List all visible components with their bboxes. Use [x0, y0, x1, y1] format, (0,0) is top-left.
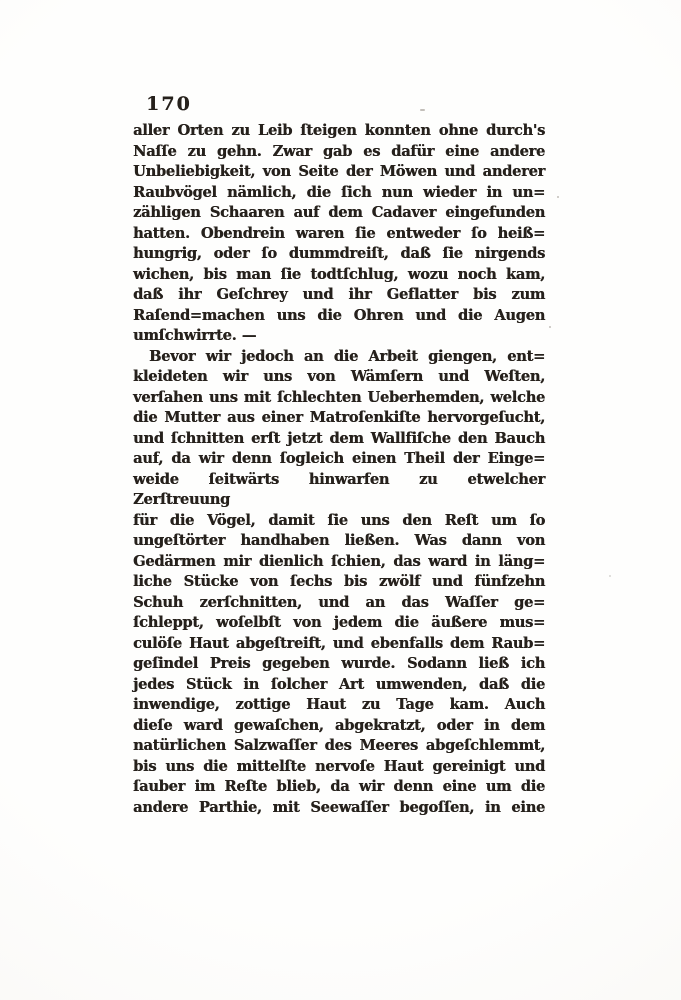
text-line: daß ihr Geſchrey und ihr Geflatter bis z… — [133, 285, 545, 306]
text-line: bis uns die mittelſte nervoſe Haut gerei… — [133, 757, 545, 778]
text-line: zähligen Schaaren auf dem Cadaver eingef… — [133, 203, 545, 224]
text-block: aller Orten zu Leib ſteigen konnten ohne… — [133, 121, 545, 818]
scan-speck — [609, 575, 611, 577]
text-line: weide ſeitwärts hinwarfen zu etwelcher Z… — [133, 470, 545, 511]
text-line: umſchwirrte. — — [133, 326, 545, 347]
scan-speck — [549, 326, 551, 328]
text-line: Raubvögel nämlich, die ſich nun wieder i… — [133, 183, 545, 204]
scan-speck — [420, 109, 425, 111]
text-line: inwendige, zottige Haut zu Tage kam. Auc… — [133, 695, 545, 716]
text-line: ſchleppt, woſelbſt von jedem die äußere … — [133, 613, 545, 634]
text-line: jedes Stück in ſolcher Art umwenden, daß… — [133, 675, 545, 696]
text-line: Gedärmen mir dienlich ſchien, das ward i… — [133, 552, 545, 573]
text-line: wichen, bis man ſie todtſchlug, wozu noc… — [133, 265, 545, 286]
scan-speck — [557, 196, 559, 198]
text-line: Unbeliebigkeit, von Seite der Möwen und … — [133, 162, 545, 183]
paragraph: aller Orten zu Leib ſteigen konnten ohne… — [133, 121, 545, 347]
text-line: verſahen uns mit ſchlechten Ueberhemden,… — [133, 388, 545, 409]
text-line: aller Orten zu Leib ſteigen konnten ohne… — [133, 121, 545, 142]
text-line: kleideten wir uns von Wämſern und Weſten… — [133, 367, 545, 388]
text-line: und ſchnitten erſt jetzt dem Wallfiſche … — [133, 429, 545, 450]
text-line: Schuh zerſchnitten, und an das Waſſer ge… — [133, 593, 545, 614]
text-line: Raſend=machen uns die Ohren und die Auge… — [133, 306, 545, 327]
text-line: dieſe ward gewaſchen, abgekratzt, oder i… — [133, 716, 545, 737]
page-number: 170 — [146, 93, 192, 115]
text-line: für die Vögel, damit ſie uns den Reſt um… — [133, 511, 545, 532]
text-line: geſindel Preis gegeben wurde. Sodann lie… — [133, 654, 545, 675]
text-line: hatten. Obendrein waren ſie entweder ſo … — [133, 224, 545, 245]
text-line: die Mutter aus einer Matroſenkiſte hervo… — [133, 408, 545, 429]
text-line: hungrig, oder ſo dummdreiſt, daß ſie nir… — [133, 244, 545, 265]
text-line: Bevor wir jedoch an die Arbeit giengen, … — [133, 347, 545, 368]
text-line: culöſe Haut abgeſtreift, und ebenfalls d… — [133, 634, 545, 655]
text-line: auf, da wir denn ſogleich einen Theil de… — [133, 449, 545, 470]
paragraph: Bevor wir jedoch an die Arbeit giengen, … — [133, 347, 545, 819]
text-line: ſauber im Reſte blieb, da wir denn eine … — [133, 777, 545, 798]
text-line: andere Parthie, mit Seewaſſer begoſſen, … — [133, 798, 545, 819]
text-line: ungeſtörter handhaben ließen. Was dann v… — [133, 531, 545, 552]
book-page-scan: 170 aller Orten zu Leib ſteigen konnten … — [0, 0, 681, 1000]
text-line: liche Stücke von ſechs bis zwölf und fün… — [133, 572, 545, 593]
text-line: natürlichen Salzwaſſer des Meeres abgeſc… — [133, 736, 545, 757]
text-line: Naſſe zu gehn. Zwar gab es dafür eine an… — [133, 142, 545, 163]
